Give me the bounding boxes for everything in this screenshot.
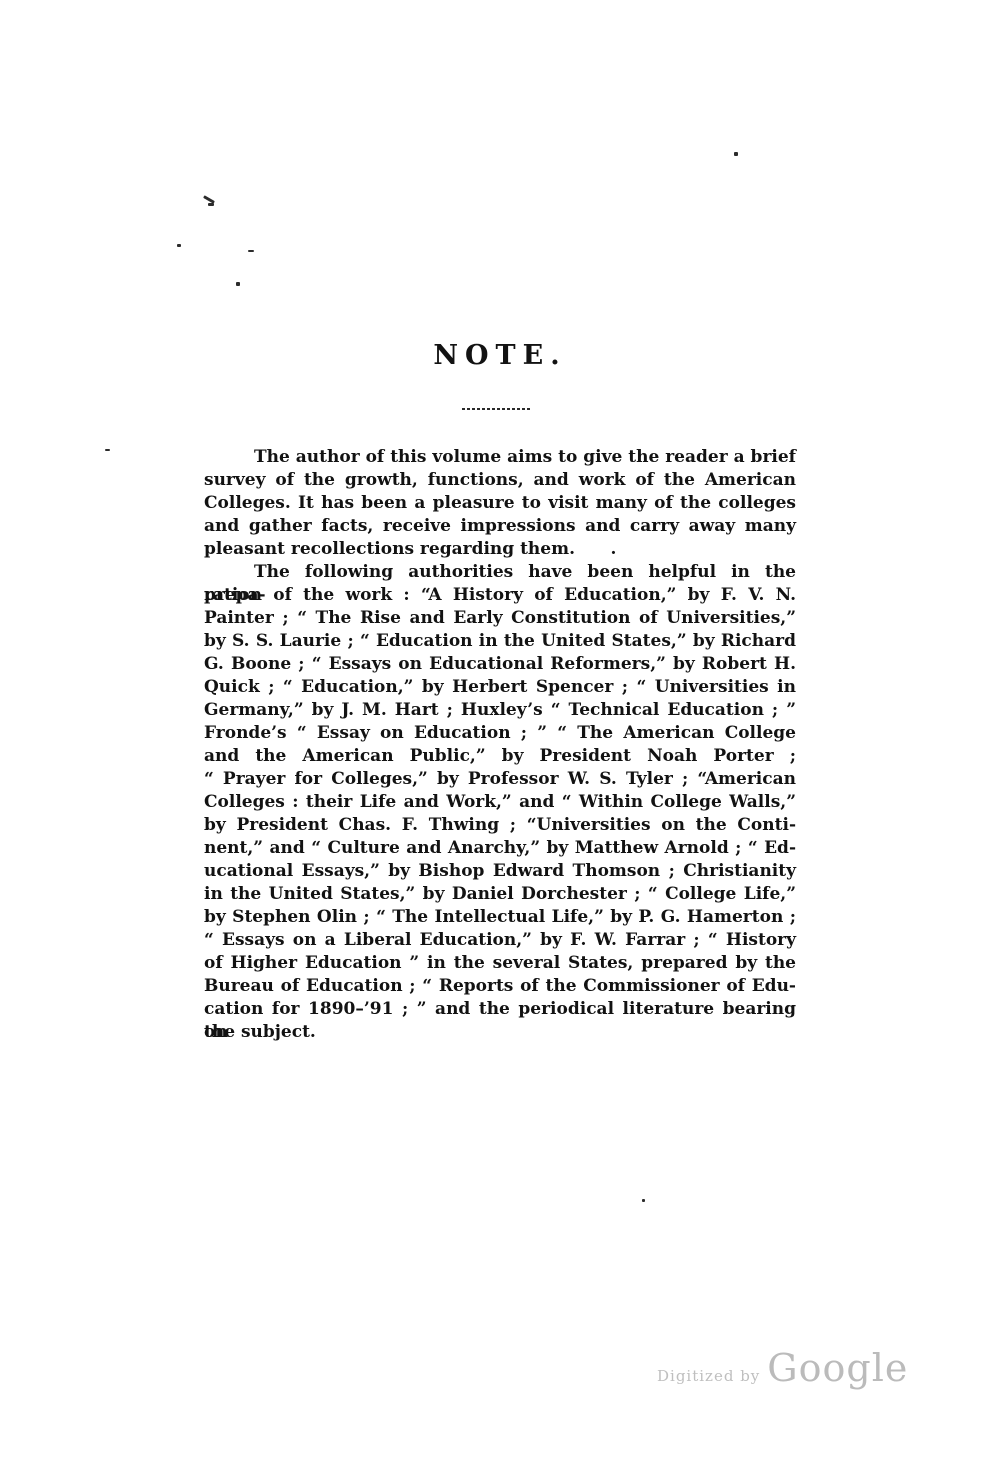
- scan-speck: [208, 203, 214, 206]
- scan-speck: [236, 282, 240, 286]
- text-line: G. Boone ; “ Essays on Educational Refor…: [204, 653, 796, 676]
- title-divider-rule: [462, 408, 532, 410]
- text-line: by S. S. Laurie ; “ Education in the Uni…: [204, 630, 796, 653]
- page-title: NOTE.: [204, 339, 796, 373]
- digitization-watermark: Digitized by Google: [657, 1346, 908, 1390]
- scan-speck: [177, 244, 181, 247]
- text-line: nent,” and “ Culture and Anarchy,” by Ma…: [204, 837, 796, 860]
- text-line: Colleges : their Life and Work,” and “ W…: [204, 791, 796, 814]
- text-line: The author of this volume aims to give t…: [204, 446, 796, 469]
- text-line: Germany,” by J. M. Hart ; Huxley’s “ Tec…: [204, 699, 796, 722]
- note-body: The author of this volume aims to give t…: [204, 446, 796, 1044]
- text-line: and the American Public,” by President N…: [204, 745, 796, 768]
- text-line: Quick ; “ Education,” by Herbert Spencer…: [204, 676, 796, 699]
- text-line: the subject.: [204, 1021, 796, 1044]
- text-line: survey of the growth, functions, and wor…: [204, 469, 796, 492]
- book-page: NOTE. The author of this volume aims to …: [0, 0, 1003, 1470]
- scan-speck: [248, 250, 254, 252]
- text-line: Fronde’s “ Essay on Education ; ” “ The …: [204, 722, 796, 745]
- text-line: “ Prayer for Colleges,” by Professor W. …: [204, 768, 796, 791]
- text-line: of Higher Education ” in the several Sta…: [204, 952, 796, 975]
- text-line: Colleges. It has been a pleasure to visi…: [204, 492, 796, 515]
- text-line: and gather facts, receive impressions an…: [204, 515, 796, 538]
- text-line: ration of the work : “A History of Educa…: [204, 584, 796, 607]
- scan-speck: [642, 1199, 645, 1202]
- text-line: “ Essays on a Liberal Education,” by F. …: [204, 929, 796, 952]
- scan-speck: [734, 152, 738, 156]
- text-line: The following authorities have been help…: [204, 561, 796, 584]
- text-line: cation for 1890–’91 ; ” and the periodic…: [204, 998, 796, 1021]
- text-line: by Stephen Olin ; “ The Intellectual Lif…: [204, 906, 796, 929]
- text-line: in the United States,” by Daniel Dorches…: [204, 883, 796, 906]
- watermark-prefix-text: Digitized by: [657, 1367, 760, 1385]
- text-line: ucational Essays,” by Bishop Edward Thom…: [204, 860, 796, 883]
- google-logo-text: Google: [767, 1346, 908, 1390]
- text-line: Bureau of Education ; “ Reports of the C…: [204, 975, 796, 998]
- text-line: by President Chas. F. Thwing ; “Universi…: [204, 814, 796, 837]
- text-line: Painter ; “ The Rise and Early Constitut…: [204, 607, 796, 630]
- text-line: pleasant recollections regarding them. .: [204, 538, 796, 561]
- scan-speck: [105, 449, 110, 451]
